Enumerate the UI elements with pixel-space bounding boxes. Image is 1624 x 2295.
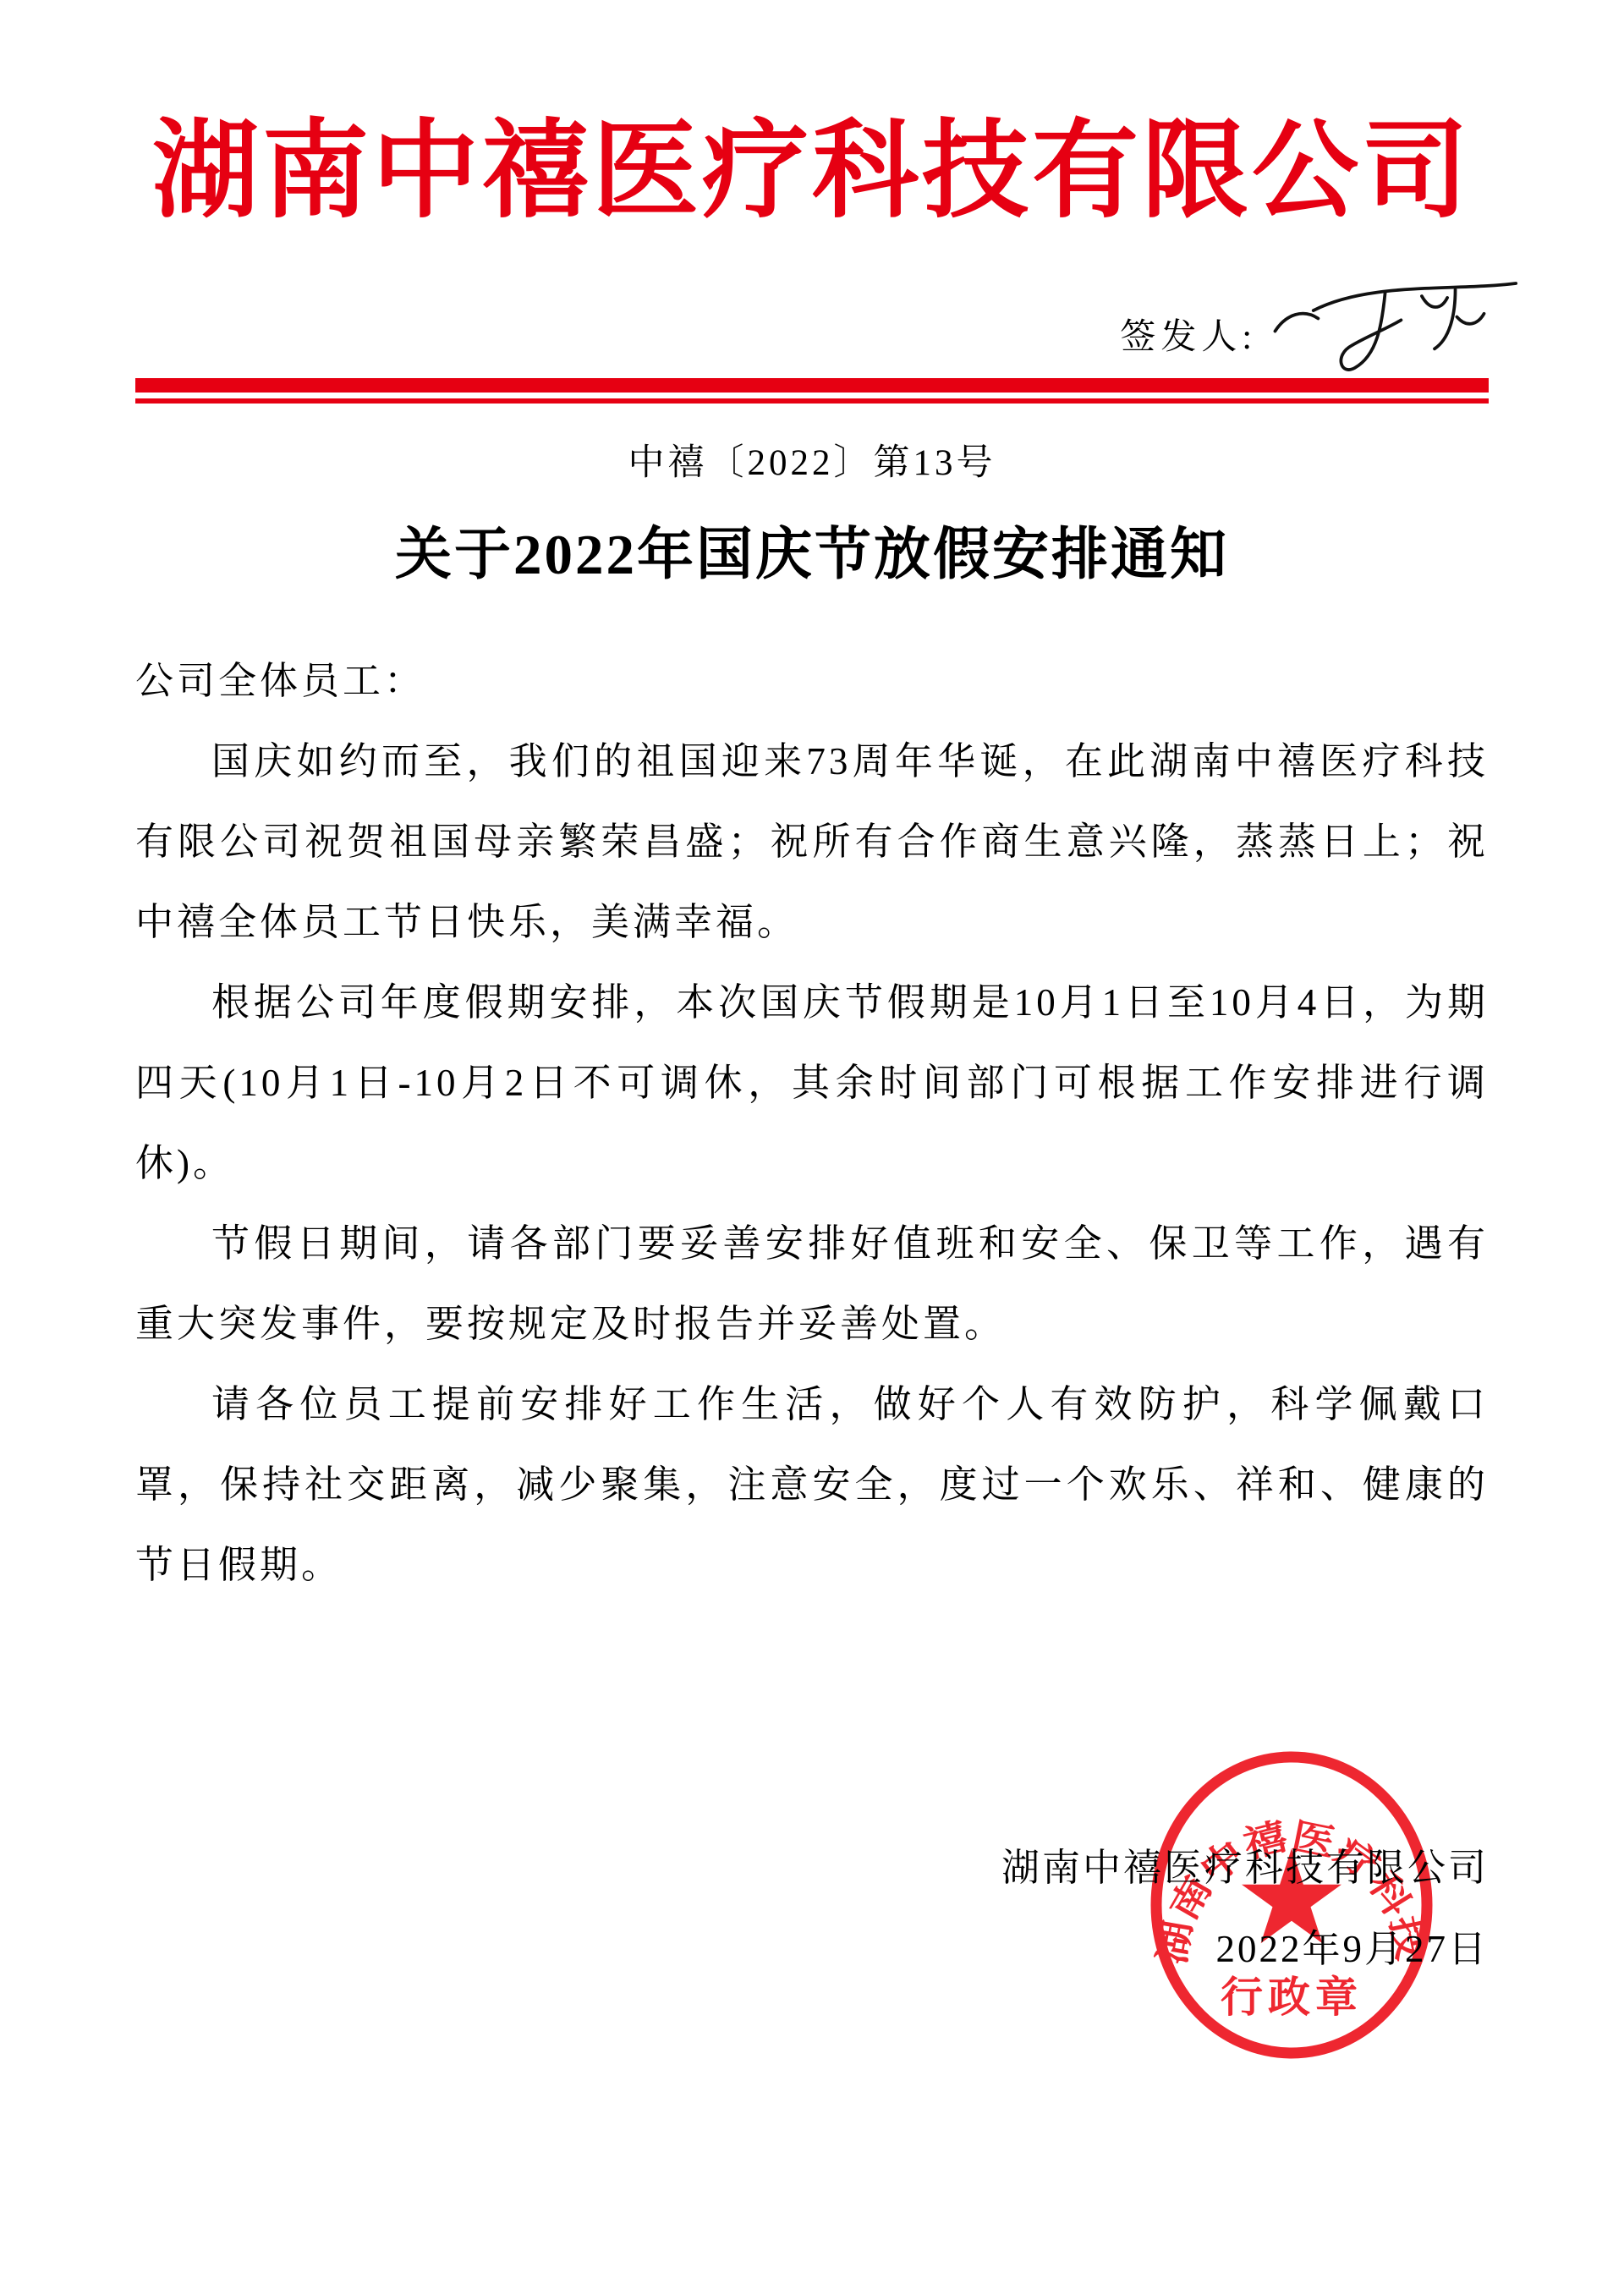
doc-number: 中禧〔2022〕第13号 <box>0 434 1624 486</box>
paragraph-4: 请各位员工提前安排好工作生活，做好个人有效防护，科学佩戴口罩，保持社交距离，减少… <box>135 1364 1489 1606</box>
red-rule-thick <box>135 378 1489 393</box>
issuer-label: 签发人: <box>1120 320 1257 381</box>
document-page: 湖南中禧医疗科技有限公司 签发人: 中禧〔2022〕第13号 关于2022年国庆… <box>0 0 1624 2295</box>
closing-date: 2022年9月27日 <box>1001 1908 1489 1990</box>
paragraph-3: 节假日期间，请各部门要妥善安排好值班和安全、保卫等工作，遇有重大突发事件，要按规… <box>135 1204 1489 1364</box>
signature-icon <box>1262 269 1524 381</box>
paragraph-2: 根据公司年度假期安排，本次国庆节假期是10月1日至10月4日，为期四天(10月1… <box>135 963 1489 1204</box>
red-rule-thin <box>135 398 1489 404</box>
company-masthead: 湖南中禧医疗科技有限公司 <box>0 108 1624 236</box>
closing-block: 湖南中禧医疗科技有限公司 2022年9月27日 <box>1001 1827 1489 1990</box>
notice-body: 公司全体员工： 国庆如约而至，我们的祖国迎来73周年华诞，在此湖南中禧医疗科技有… <box>135 641 1489 1606</box>
notice-title: 关于2022年国庆节放假安排通知 <box>0 509 1624 590</box>
paragraph-1: 国庆如约而至，我们的祖国迎来73周年华诞，在此湖南中禧医疗科技有限公司祝贺祖国母… <box>135 722 1489 963</box>
salutation: 公司全体员工： <box>135 641 1489 722</box>
issuer-row: 签发人: <box>1120 269 1524 381</box>
closing-company: 湖南中禧医疗科技有限公司 <box>1001 1827 1489 1908</box>
